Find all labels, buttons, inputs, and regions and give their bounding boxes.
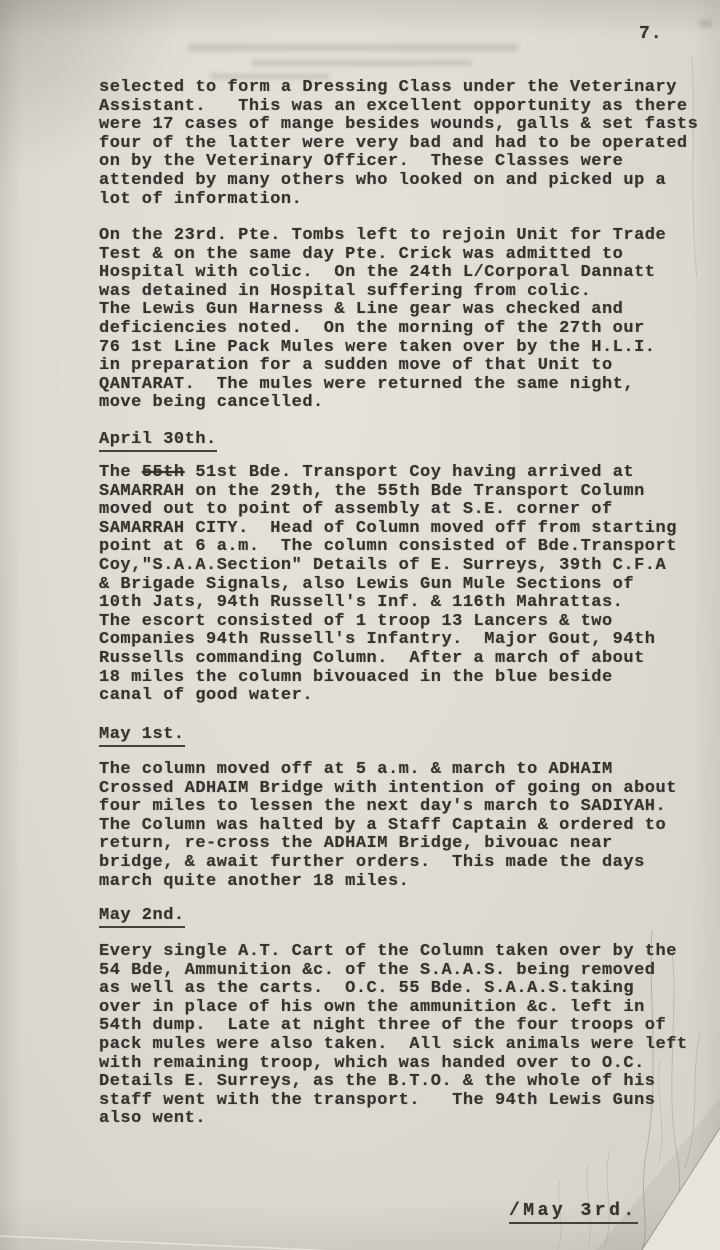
heading-text: May 2nd. bbox=[99, 906, 185, 928]
text-line: over in place of his own the ammunition … bbox=[99, 999, 688, 1018]
text-line: point at 6 a.m. The column consisted of … bbox=[99, 538, 677, 557]
text-line: Companies 94th Russell's Infantry. Major… bbox=[99, 631, 677, 650]
text-line: canal of good water. bbox=[99, 687, 677, 706]
text-line: SAMARRAH CITY. Head of Column moved off … bbox=[99, 520, 677, 539]
text-line: Hospital with colic. On the 24th L/Corpo… bbox=[99, 264, 666, 283]
text-line: moved out to point of assembly at S.E. c… bbox=[99, 501, 677, 520]
text-line: 54th dump. Late at night three of the fo… bbox=[99, 1017, 688, 1036]
paragraph-dressing-class: selected to form a Dressing Class under … bbox=[99, 79, 698, 209]
catchword-text: /May 3rd. bbox=[509, 1201, 638, 1224]
text-line: staff went with the transport. The 94th … bbox=[99, 1092, 688, 1111]
paragraph-april-30: The 55th 51st Bde. Transport Coy having … bbox=[99, 464, 677, 706]
text-line: Test & on the same day Pte. Crick was ad… bbox=[99, 246, 666, 265]
text-line: move being cancelled. bbox=[99, 394, 666, 413]
text-line: 76 1st Line Pack Mules were taken over b… bbox=[99, 339, 666, 358]
scanned-document-page: 7. selected to form a Dressing Class und… bbox=[0, 0, 720, 1250]
heading-text: April 30th. bbox=[99, 430, 217, 452]
text-line: SAMARRAH on the 29th, the 55th Bde Trans… bbox=[99, 483, 677, 502]
text-segment: The bbox=[99, 463, 142, 482]
text-line: The Column was halted by a Staff Captain… bbox=[99, 817, 677, 836]
text-line: The 55th 51st Bde. Transport Coy having … bbox=[99, 464, 677, 483]
text-line: in preparation for a sudden move of that… bbox=[99, 357, 666, 376]
text-line: Russells commanding Column. After a marc… bbox=[99, 650, 677, 669]
heading-text: May 1st. bbox=[99, 725, 185, 747]
text-line: 18 miles the column bivouaced in the blu… bbox=[99, 669, 677, 688]
paragraph-may-1: The column moved off at 5 a.m. & march t… bbox=[99, 761, 677, 891]
text-line: as well as the carts. O.C. 55 Bde. S.A.A… bbox=[99, 980, 688, 999]
text-line: were 17 cases of mange besides wounds, g… bbox=[99, 116, 698, 135]
catchword-may-3rd: /May 3rd. bbox=[509, 1201, 638, 1224]
text-line: selected to form a Dressing Class under … bbox=[99, 79, 698, 98]
text-line: 54 Bde, Ammunition &c. of the S.A.A.S. b… bbox=[99, 962, 688, 981]
text-line: with remaining troop, which was handed o… bbox=[99, 1055, 688, 1074]
section-heading-april-30: April 30th. bbox=[99, 430, 217, 452]
text-line: was detained in Hospital suffering from … bbox=[99, 283, 666, 302]
paragraph-23rd-events: On the 23rd. Pte. Tombs left to rejoin U… bbox=[99, 227, 666, 413]
text-line: Assistant. This was an excellent opportu… bbox=[99, 98, 698, 117]
text-line: pack mules were also taken. All sick ani… bbox=[99, 1036, 688, 1055]
ghost-showthrough-mark bbox=[700, 20, 712, 27]
section-heading-may-2: May 2nd. bbox=[99, 906, 185, 928]
text-line: QANTARAT. The mules were returned the sa… bbox=[99, 376, 666, 395]
text-line: The column moved off at 5 a.m. & march t… bbox=[99, 761, 677, 780]
ghost-showthrough-mark bbox=[252, 60, 472, 66]
text-line: march quite another 18 miles. bbox=[99, 873, 677, 892]
page-number: 7. bbox=[639, 24, 663, 44]
text-line: bridge, & await further orders. This mad… bbox=[99, 854, 677, 873]
text-line: attended by many others who looked on an… bbox=[99, 172, 698, 191]
text-line: four miles to lessen the next day's marc… bbox=[99, 798, 677, 817]
text-line: Coy,"S.A.A.Section" Details of E. Surrey… bbox=[99, 557, 677, 576]
text-line: return, re-cross the ADHAIM Bridge, bivo… bbox=[99, 835, 677, 854]
text-line: on by the Veterinary Officer. These Clas… bbox=[99, 153, 698, 172]
text-line: & Brigade Signals, also Lewis Gun Mule S… bbox=[99, 576, 677, 595]
text-line: On the 23rd. Pte. Tombs left to rejoin U… bbox=[99, 227, 666, 246]
text-line: Every single A.T. Cart of the Column tak… bbox=[99, 943, 688, 962]
text-line: Crossed ADHAIM Bridge with intention of … bbox=[99, 780, 677, 799]
text-line: The escort consisted of 1 troop 13 Lance… bbox=[99, 613, 677, 632]
text-line: Details E. Surreys, as the B.T.O. & the … bbox=[99, 1073, 688, 1092]
text-line: four of the latter were very bad and had… bbox=[99, 135, 698, 154]
text-line: also went. bbox=[99, 1110, 688, 1129]
text-line: lot of information. bbox=[99, 191, 698, 210]
ghost-showthrough-mark bbox=[188, 44, 518, 51]
section-heading-may-1: May 1st. bbox=[99, 725, 185, 747]
text-line: The Lewis Gun Harness & Line gear was ch… bbox=[99, 301, 666, 320]
paragraph-may-2: Every single A.T. Cart of the Column tak… bbox=[99, 943, 688, 1129]
text-segment: 51st Bde. Transport Coy having arrived a… bbox=[185, 463, 634, 482]
text-line: deficiencies noted. On the morning of th… bbox=[99, 320, 666, 339]
text-line: 10th Jats, 94th Russell's Inf. & 116th M… bbox=[99, 594, 677, 613]
strikethrough-text: 55th bbox=[142, 463, 185, 482]
